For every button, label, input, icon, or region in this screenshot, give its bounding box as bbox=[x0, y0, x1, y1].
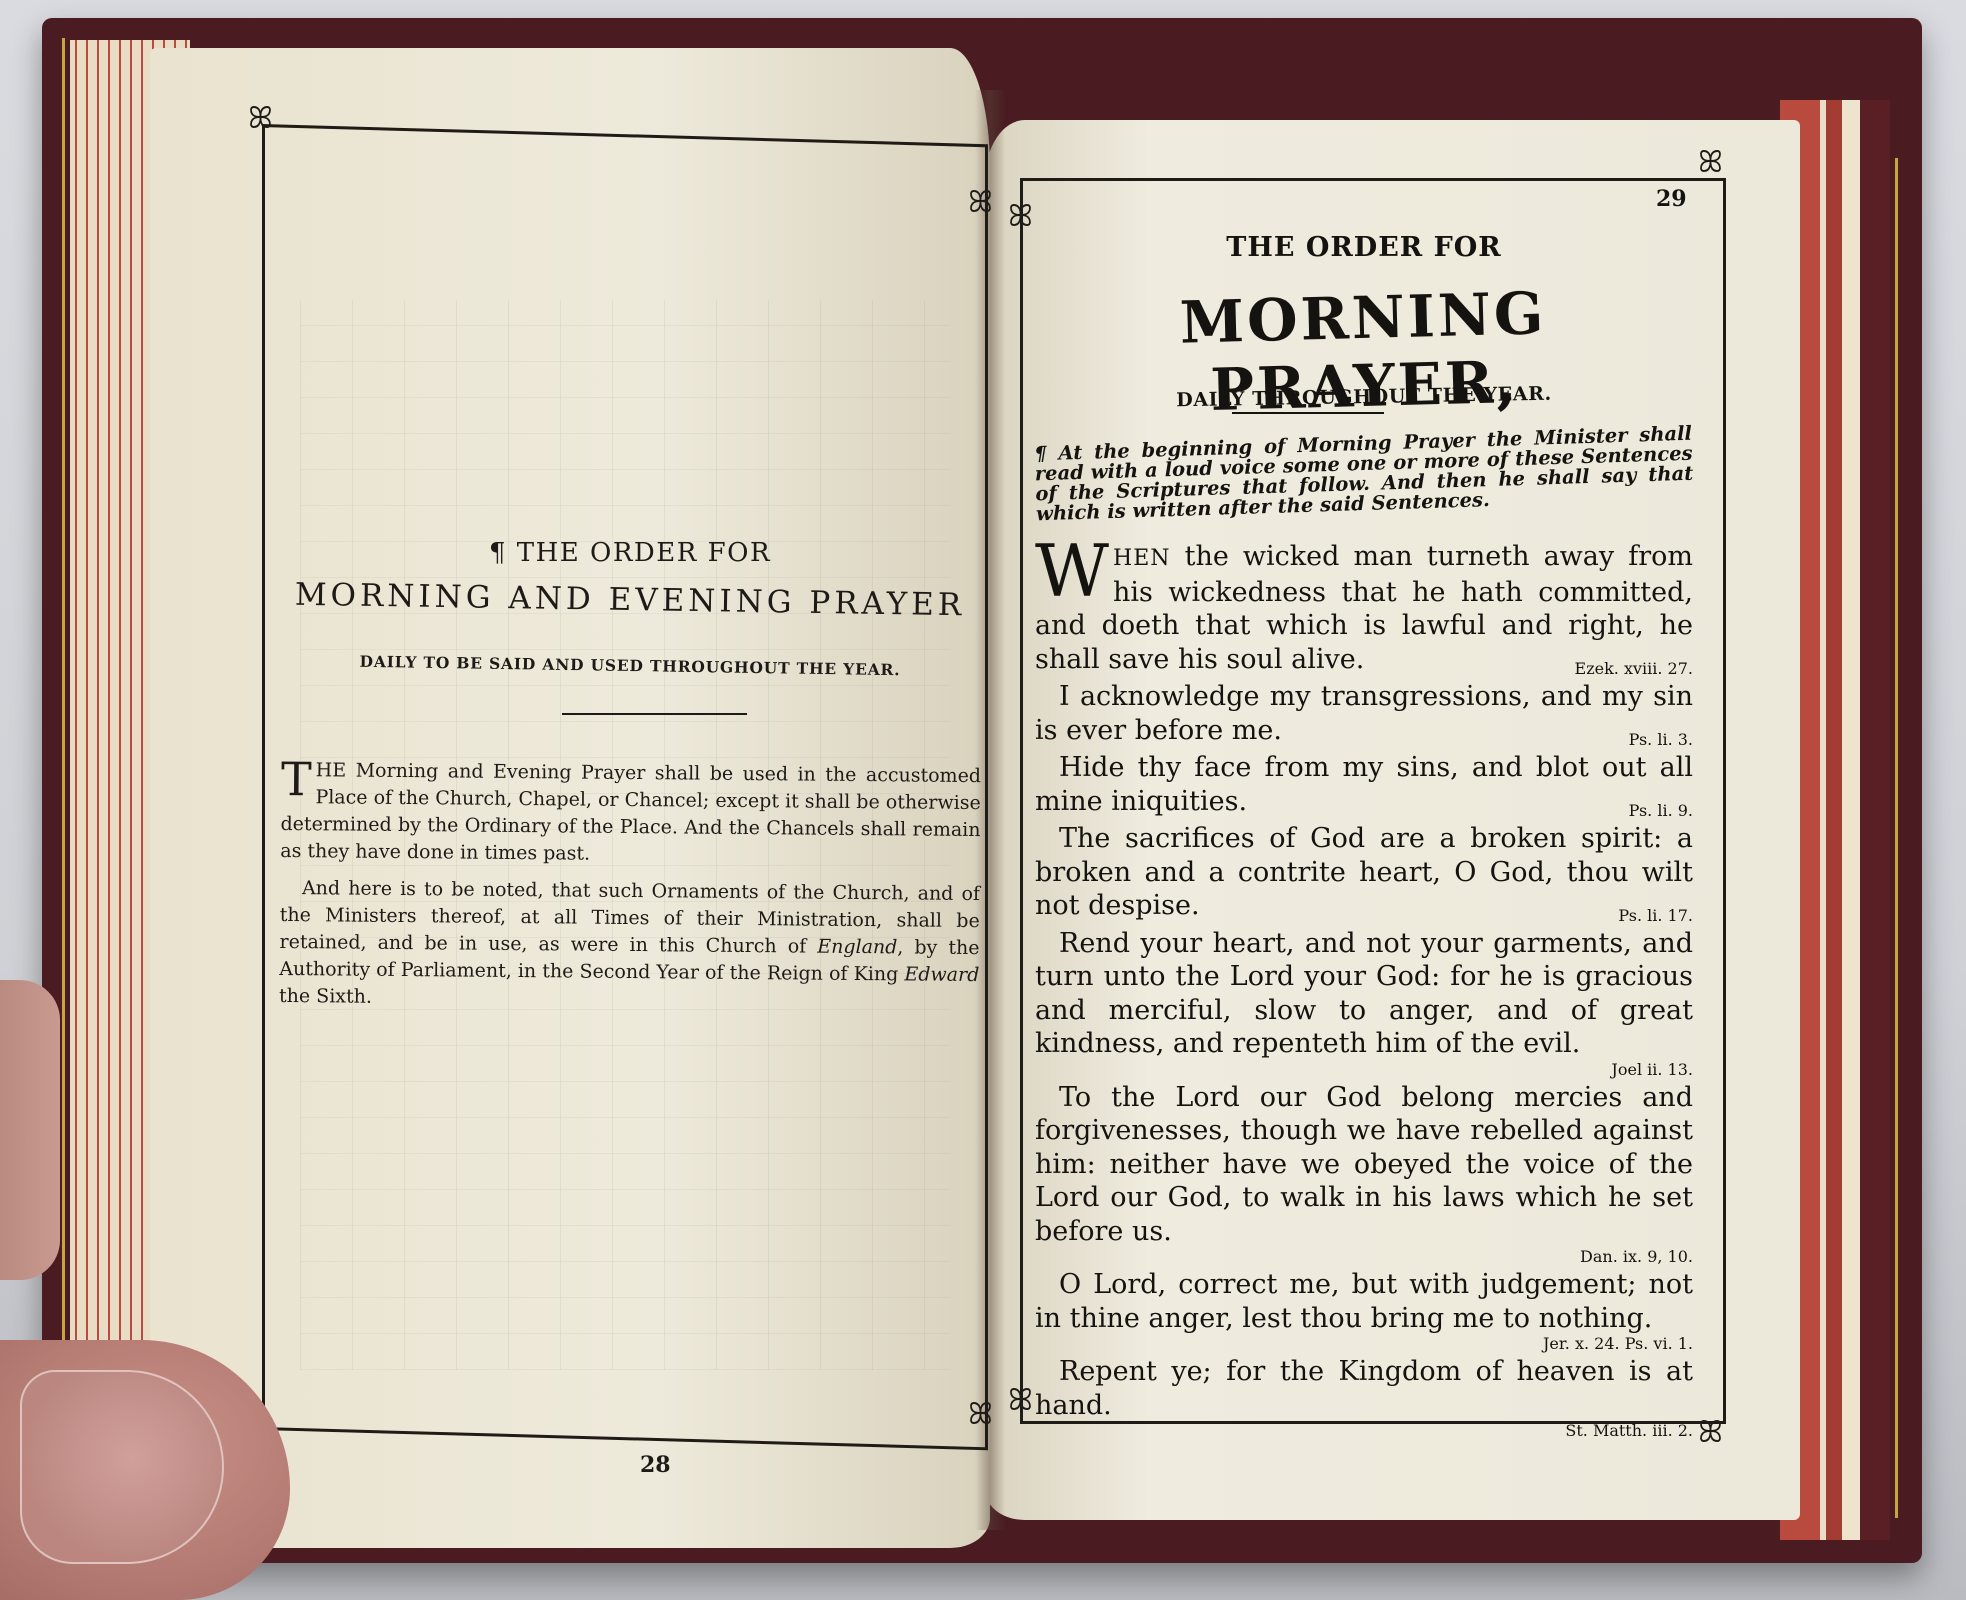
sentence-5: Rend your heart, and not your garments, … bbox=[1035, 927, 1693, 1061]
corner-ornament-icon: ꕤ bbox=[968, 1400, 993, 1430]
drop-cap: T bbox=[281, 759, 312, 799]
scripture-reference: St. Matth. iii. 2. bbox=[1035, 1422, 1693, 1440]
sentence-6: To the Lord our God belong mercies and f… bbox=[1035, 1081, 1693, 1249]
left-heading-small: ¶ THE ORDER FOR bbox=[280, 538, 980, 568]
sentence-text: To the Lord our God belong mercies and f… bbox=[1035, 1082, 1693, 1247]
right-heading-rule bbox=[1232, 412, 1384, 414]
left-page-body: THE Morning and Evening Prayer shall be … bbox=[279, 757, 981, 1026]
scripture-reference: Jer. x. 24. Ps. vi. 1. bbox=[1035, 1335, 1693, 1353]
opening-sentences: WHEN the wicked man turneth away from hi… bbox=[1035, 540, 1693, 1442]
italic-word: Edward bbox=[904, 963, 979, 986]
corner-ornament-icon: ꕤ bbox=[1698, 148, 1723, 178]
right-heading-small: THE ORDER FOR bbox=[1035, 232, 1693, 263]
corner-ornament-icon: ꕤ bbox=[1008, 1386, 1033, 1416]
corner-ornament-icon: ꕤ bbox=[1698, 1418, 1723, 1448]
left-heading-rule bbox=[562, 713, 747, 715]
gilt-line-left bbox=[62, 38, 65, 1518]
sentence-text: O Lord, correct me, but with judgement; … bbox=[1035, 1269, 1693, 1334]
rubric-paragraph-2: And here is to be noted, that such Ornam… bbox=[279, 875, 980, 1016]
sentence-text: Rend your heart, and not your garments, … bbox=[1035, 928, 1693, 1060]
scripture-reference: Joel ii. 13. bbox=[1035, 1061, 1693, 1079]
thumbnail bbox=[20, 1370, 224, 1564]
sentence-8: Repent ye; for the Kingdom of heaven is … bbox=[1035, 1355, 1693, 1422]
sentence-lead: HEN bbox=[1113, 546, 1171, 571]
gilt-line-right bbox=[1895, 158, 1898, 1518]
page-number-right: 29 bbox=[1656, 186, 1687, 212]
scripture-reference: Dan. ix. 9, 10. bbox=[1035, 1248, 1693, 1266]
italic-word: England bbox=[817, 936, 897, 959]
page-number-left: 28 bbox=[640, 1452, 671, 1478]
corner-ornament-icon: ꕤ bbox=[1008, 202, 1033, 232]
paragraph-text: HE Morning and Evening Prayer shall be u… bbox=[280, 759, 981, 864]
drop-cap: W bbox=[1035, 540, 1109, 602]
finger bbox=[0, 980, 60, 1280]
sentence-7: O Lord, correct me, but with judgement; … bbox=[1035, 1268, 1693, 1335]
corner-ornament-icon: ꕤ bbox=[248, 104, 273, 134]
sentence-1: WHEN the wicked man turneth away from hi… bbox=[1035, 540, 1693, 676]
sentence-text: Repent ye; for the Kingdom of heaven is … bbox=[1035, 1356, 1693, 1421]
corner-ornament-icon: ꕤ bbox=[968, 188, 993, 218]
rubric-paragraph-1: THE Morning and Evening Prayer shall be … bbox=[280, 757, 981, 871]
paragraph-text: the Sixth. bbox=[279, 985, 372, 1008]
